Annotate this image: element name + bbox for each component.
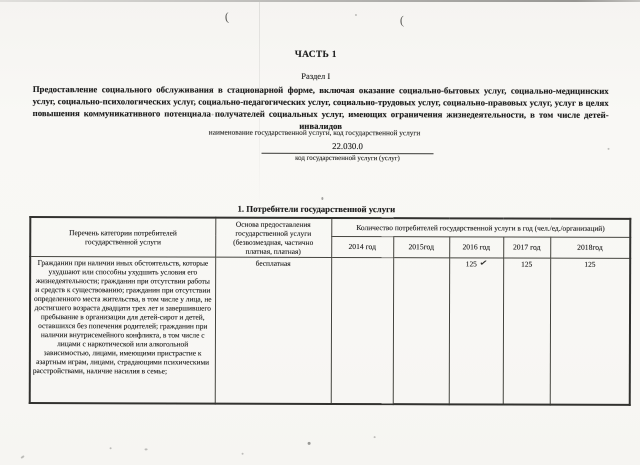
- header-year-2015: 2015год: [393, 236, 449, 258]
- header-basis-label: Основа предоставления государственной ус…: [220, 220, 326, 256]
- header-year-2014: 2014 год: [331, 236, 393, 258]
- scan-speck: [321, 197, 323, 200]
- service-code-caption: код государственной услуги (услуг): [261, 154, 433, 163]
- cell-value-2018: 125: [550, 258, 630, 404]
- header-year-2018: 2018год: [550, 237, 630, 259]
- header-year-2016: 2016 год: [449, 236, 503, 258]
- header-consumers-column: Перечень категории потребителей государс…: [30, 217, 215, 257]
- scan-speck: [20, 455, 24, 459]
- service-code-block: 22.030.0 код государственной услуги (усл…: [261, 141, 433, 163]
- service-code: 22.030.0: [262, 141, 434, 155]
- header-basis-column: Основа предоставления государственной ус…: [215, 218, 331, 258]
- scan-speck: [110, 447, 112, 449]
- cell-basis: бесплатная: [215, 257, 331, 403]
- handwritten-paren-mark: (: [224, 10, 229, 25]
- table-row: Гражданин при наличии иных обстоятельств…: [30, 257, 630, 405]
- scan-speck: [374, 436, 376, 438]
- scan-speck: [308, 442, 311, 445]
- consumers-table: Перечень категории потребителей государс…: [29, 216, 632, 405]
- service-name-caption: наименование государственной услуги, код…: [0, 127, 630, 138]
- header-year-2017: 2017 год: [503, 237, 550, 259]
- cell-value-2014: [331, 257, 393, 403]
- cell-consumers-text: Гражданин при наличии иных обстоятельств…: [30, 257, 215, 404]
- value-2016: 125: [466, 259, 477, 268]
- header-consumers-label: Перечень категории потребителей государс…: [47, 228, 199, 246]
- scan-speck: [145, 448, 148, 450]
- scan-speck: [355, 14, 357, 16]
- document-content: ( ( ЧАСТЬ 1 Раздел I Предоставление соци…: [0, 0, 640, 465]
- scanned-document-page: ( ( ЧАСТЬ 1 Раздел I Предоставление соци…: [0, 0, 640, 465]
- cell-value-2017: 125: [503, 258, 550, 404]
- table-title: 1. Потребители государственной услуги: [0, 203, 633, 215]
- cell-value-2016: 125✓: [449, 258, 503, 404]
- scan-speck: [212, 114, 214, 116]
- handwritten-paren-mark: (: [400, 13, 404, 28]
- scan-speck: [608, 148, 610, 150]
- part-title: ЧАСТЬ 1: [0, 49, 632, 61]
- section-title: Раздел I: [0, 70, 632, 82]
- handwritten-checkmark: ✓: [479, 258, 488, 268]
- service-description: Предоставление социального обслуживания …: [33, 83, 609, 133]
- scan-speck: [452, 91, 454, 93]
- cell-value-2015: [393, 258, 449, 404]
- header-quantity-group: Количество потребителей государственной …: [331, 218, 630, 237]
- scan-speck: [242, 453, 244, 455]
